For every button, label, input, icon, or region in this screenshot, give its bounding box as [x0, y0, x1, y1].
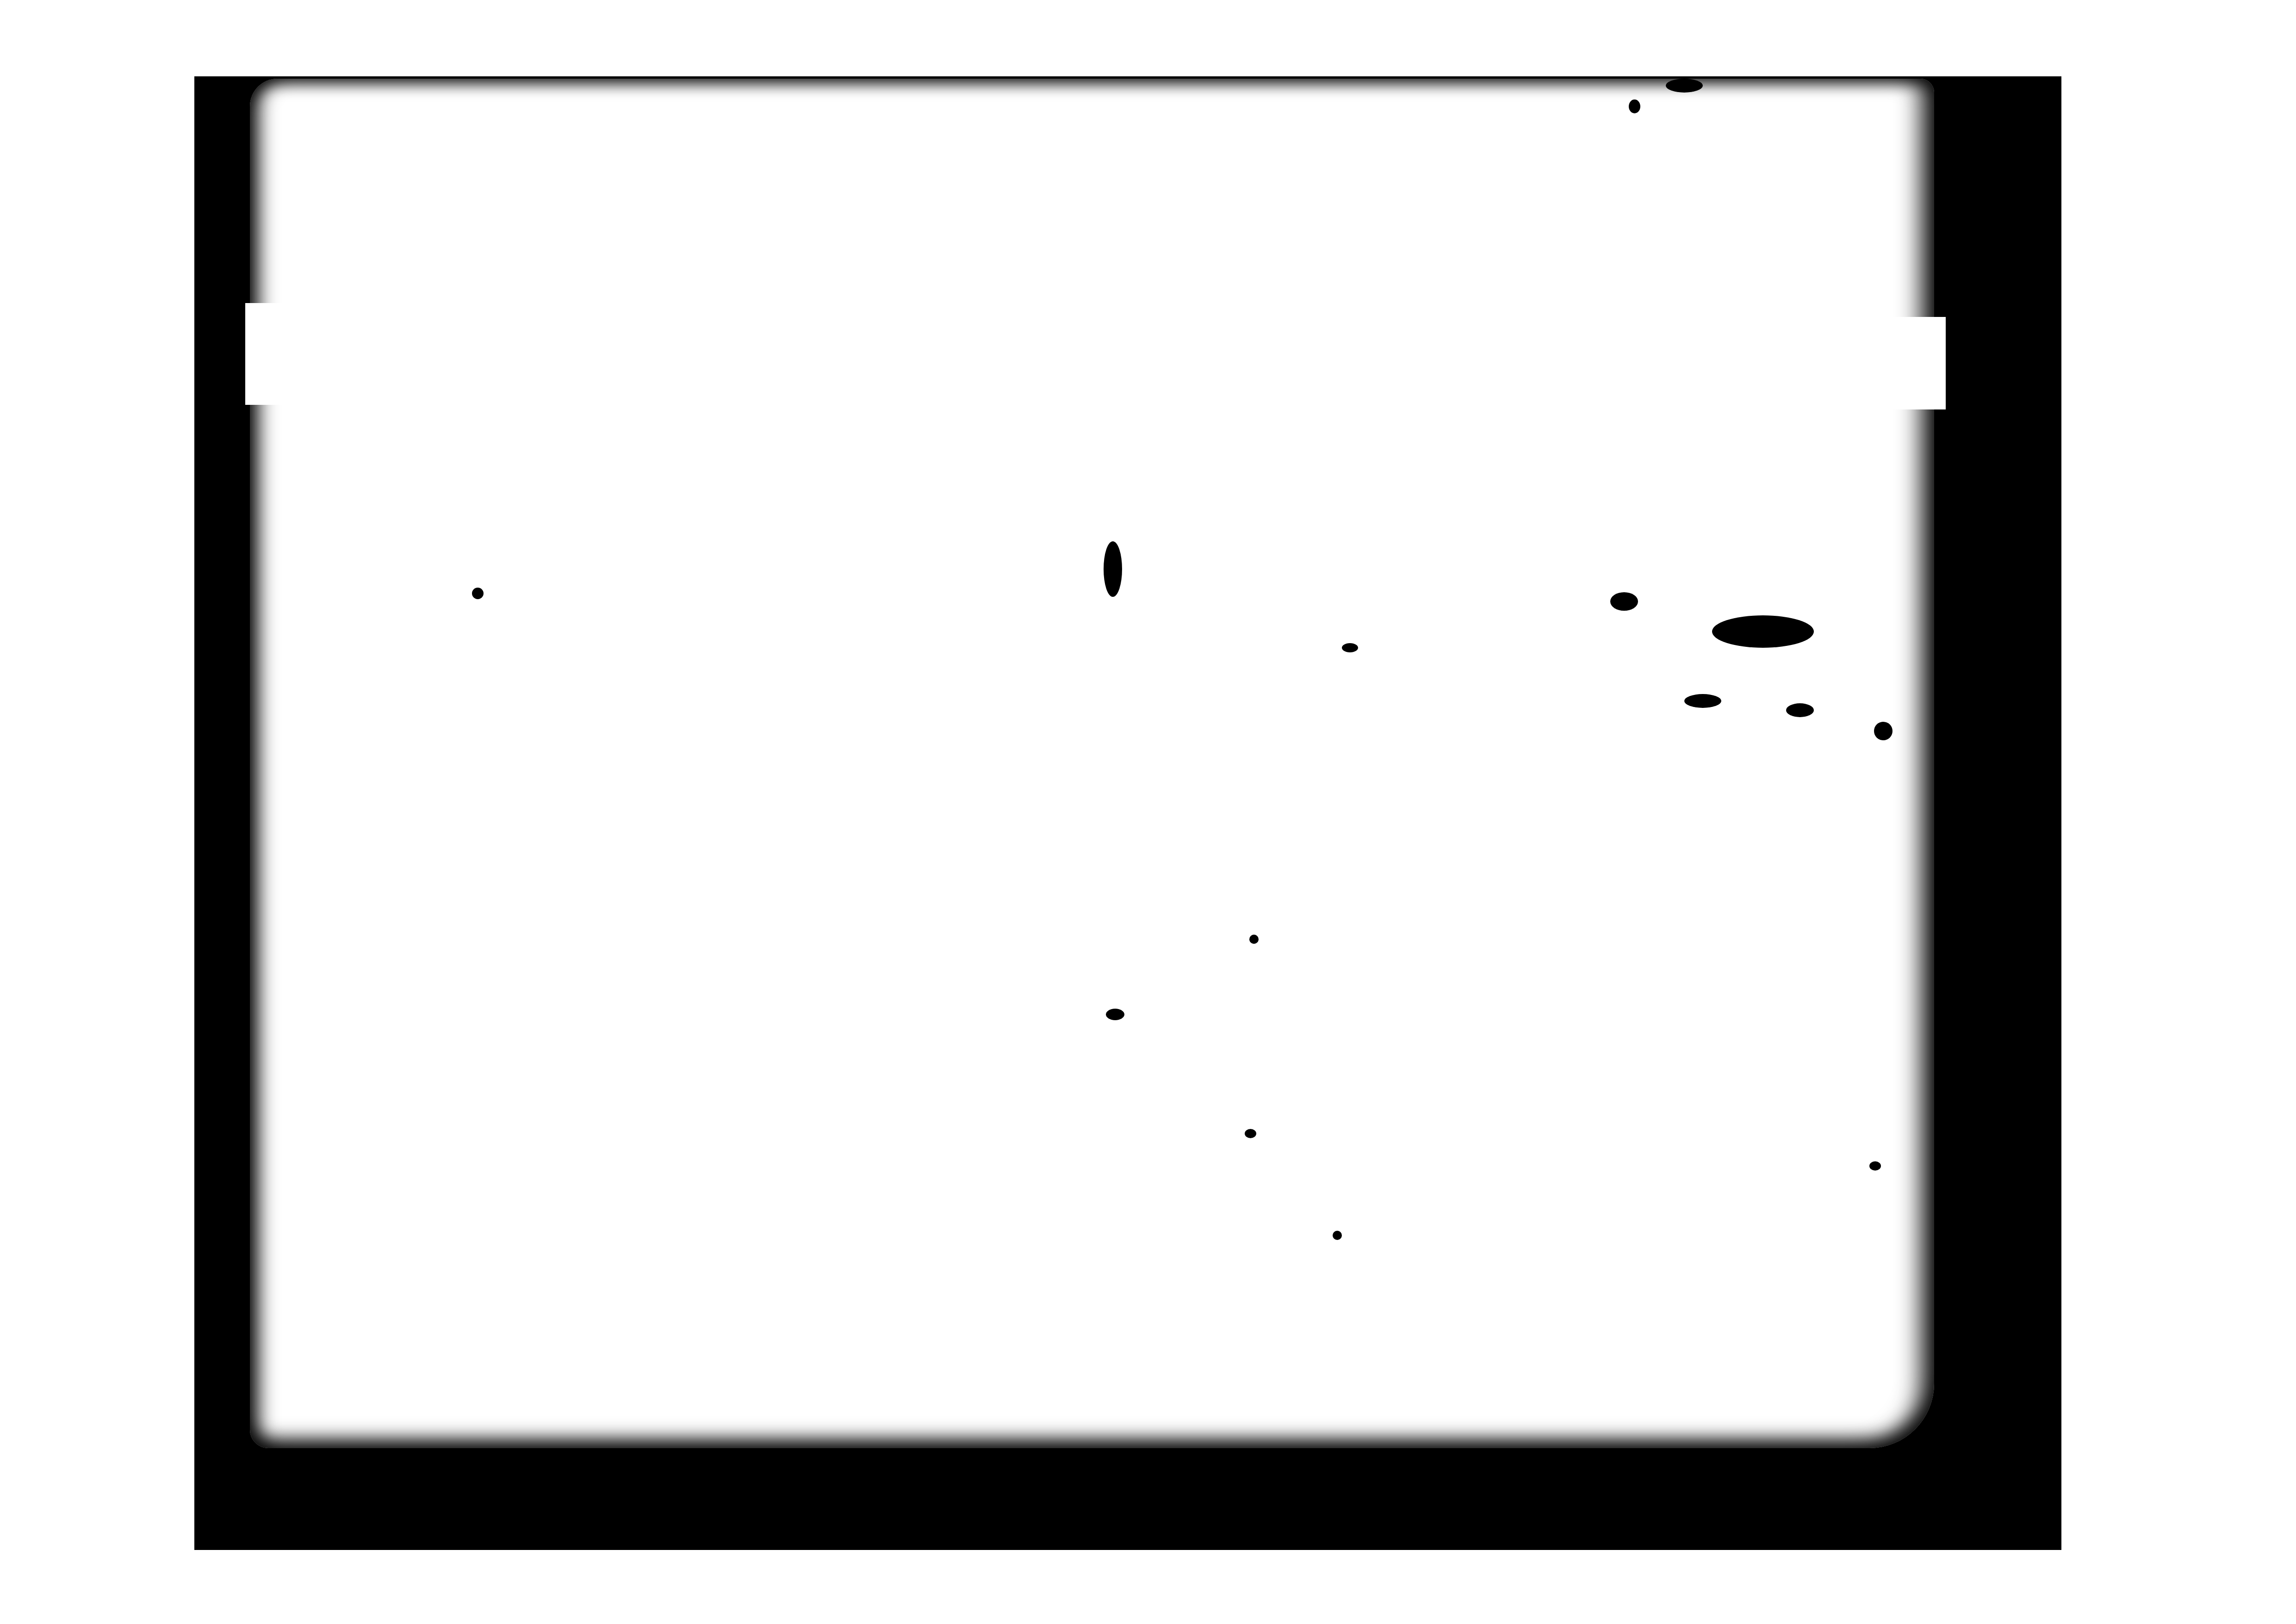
- scan-speck: [1786, 703, 1814, 717]
- scan-speck: [1712, 615, 1814, 648]
- scan-speck: [1684, 694, 1721, 708]
- scan-speck: [1106, 1009, 1124, 1020]
- scan-speck: [472, 588, 484, 599]
- scan-speck: [1342, 643, 1358, 652]
- blank-page: [250, 79, 1934, 1448]
- scan-speck: [1666, 79, 1703, 93]
- scan-speck: [1610, 592, 1638, 611]
- right-page-tab: [1888, 317, 1946, 409]
- scan-speck: [1245, 1129, 1256, 1138]
- scan-speck: [1333, 1231, 1342, 1240]
- scan-speck: [1249, 935, 1259, 944]
- scan-speck: [1874, 722, 1893, 740]
- scan-speck: [1869, 1161, 1881, 1171]
- scan-speck: [1104, 541, 1122, 597]
- left-page-tab: [245, 303, 319, 405]
- scan-speck: [1629, 99, 1640, 113]
